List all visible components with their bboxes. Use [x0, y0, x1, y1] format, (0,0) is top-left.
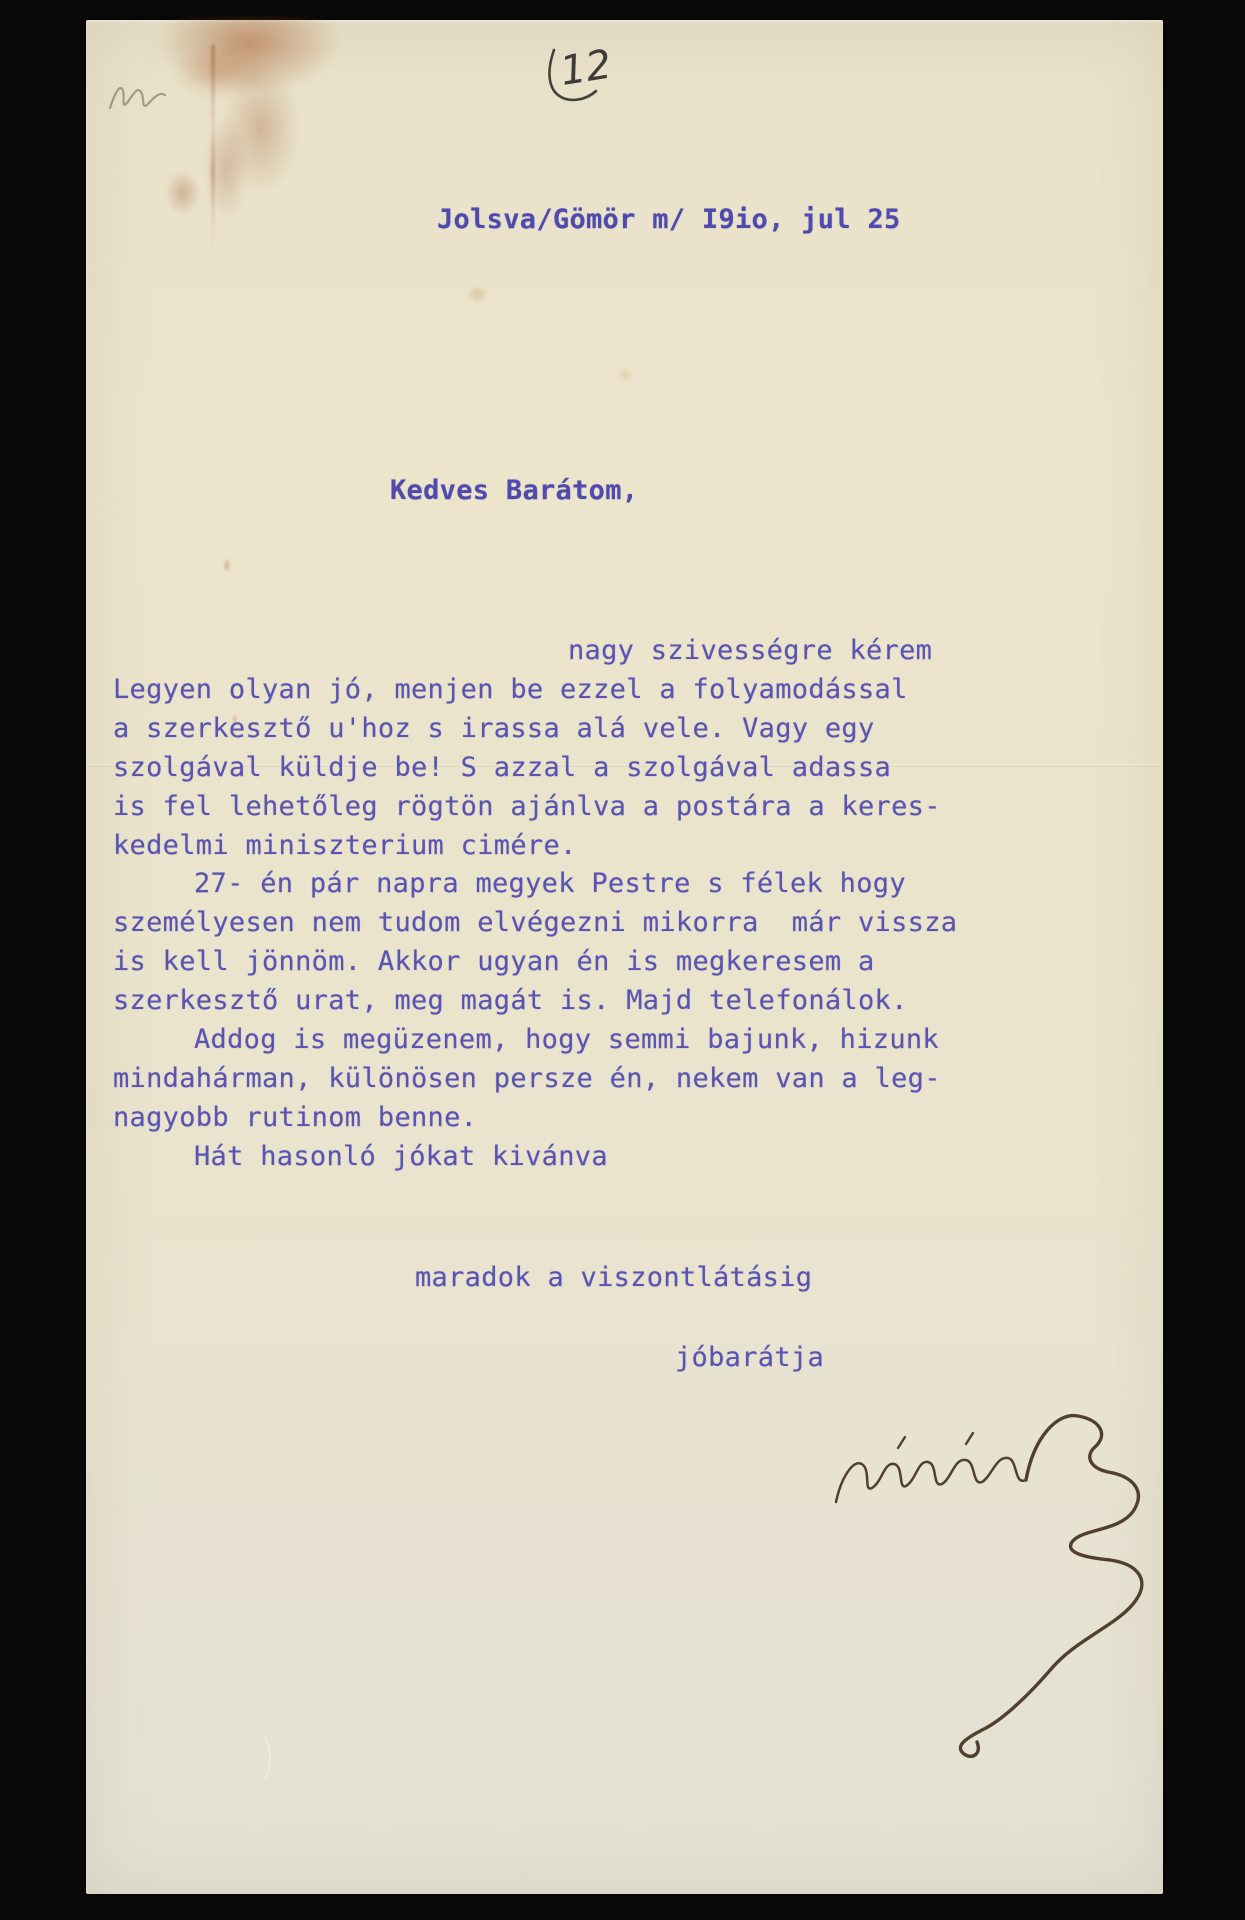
salutation: Kedves Barátom, [390, 475, 638, 506]
body-line: Legyen olyan jó, menjen be ezzel a folya… [113, 671, 1133, 710]
signature-handwriting [806, 1390, 1245, 1820]
body-line: nagyobb rutinom benne. [113, 1099, 1133, 1138]
body-line: Addog is megüzenem, hogy semmi bajunk, h… [113, 1021, 1133, 1060]
body-line: 27- én pár napra megyek Pestre s félek h… [113, 865, 1133, 904]
emboss-mark [260, 1734, 280, 1789]
body-line: Hát hasonló jókat kivánva [113, 1138, 1133, 1177]
body-line: szolgával küldje be! S azzal a szolgával… [113, 749, 1133, 788]
stain-dot [224, 560, 230, 571]
page-number-annotation: 12 [541, 42, 651, 152]
foxing-spot [620, 370, 631, 379]
body-line: szerkesztő urat, meg magát is. Majd tele… [113, 982, 1133, 1021]
signature-flourish-stroke [960, 1416, 1141, 1757]
body-line: kedelmi miniszterium cimére. [113, 827, 1133, 866]
body-line: személyesen nem tudom elvégezni mikorra … [113, 904, 1133, 943]
page-number-text: 12 [557, 42, 614, 95]
rust-stain [116, 18, 346, 268]
letter-page: 12 Jolsva/Gömör m/ I9io, jul 25 Kedves B… [86, 20, 1163, 1894]
body-line: is fel lehetőleg rögtön ajánlva a postár… [113, 788, 1133, 827]
body-line: nagy szivességre kérem [113, 632, 1133, 671]
body-line: a szerkesztő u'hoz s irassa alá vele. Va… [113, 710, 1133, 749]
signoff-line: jóbarátja [675, 1342, 824, 1373]
foxing-spot [470, 288, 485, 300]
closing-line: maradok a viszontlátásig [415, 1262, 812, 1293]
stain-drip [211, 45, 215, 250]
letter-body: nagy szivességre kérem Legyen olyan jó, … [113, 632, 1133, 1177]
body-line: mindahárman, különösen persze én, nekem … [113, 1060, 1133, 1099]
scan-background: 12 Jolsva/Gömör m/ I9io, jul 25 Kedves B… [0, 0, 1245, 1920]
signature-accent-marks [898, 1433, 973, 1448]
dateline: Jolsva/Gömör m/ I9io, jul 25 [437, 204, 901, 235]
signature-name-stroke [836, 1458, 1026, 1502]
pencil-scribble [106, 78, 176, 128]
body-line: is kell jönnöm. Akkor ugyan én is megker… [113, 943, 1133, 982]
